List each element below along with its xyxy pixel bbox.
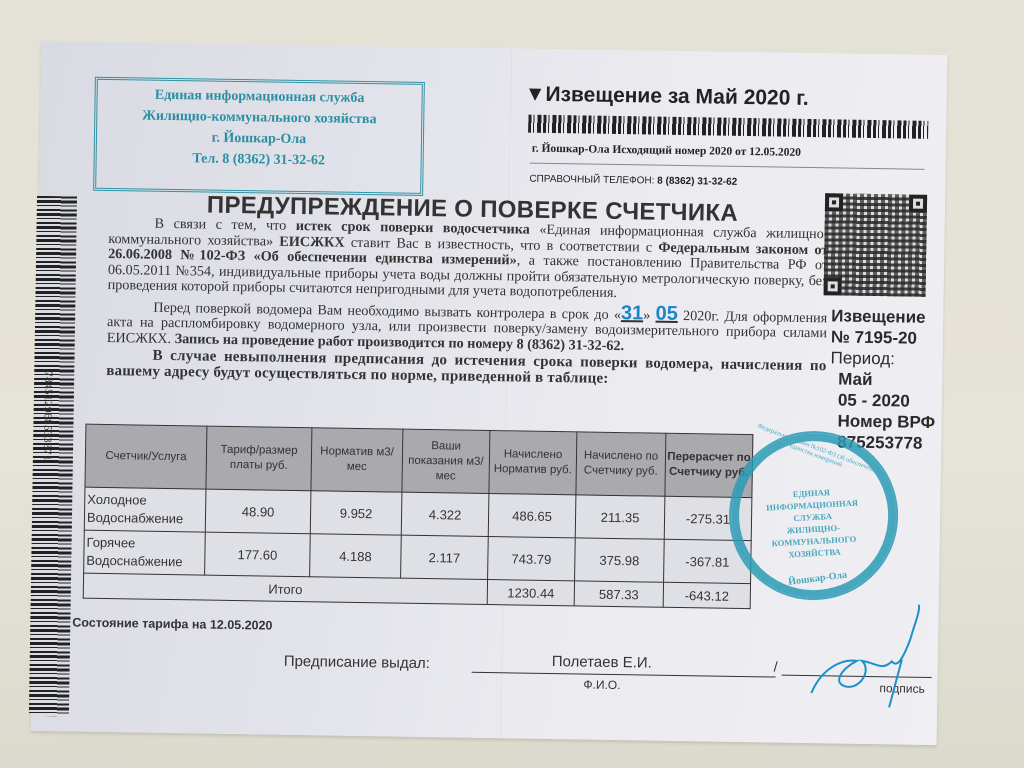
paper-fold — [501, 48, 514, 738]
outgoing-number: г. Йошкар-Ола Исходящий номер 2020 от 12… — [532, 143, 801, 159]
deadline-month: 05 — [655, 302, 678, 324]
handwritten-signature — [801, 598, 923, 710]
col-header: Начислено Норматив руб. — [489, 431, 577, 495]
organization-box: Единая информационная служба Жилищно-ком… — [93, 77, 425, 196]
col-header: Счетчик/Услуга — [85, 424, 207, 489]
deadline-day: 31 — [621, 302, 644, 324]
table-header-row: Счетчик/Услуга Тариф/размер платы руб. Н… — [85, 424, 753, 497]
period-label: Период: — [830, 347, 936, 370]
tariff-state: Состояние тарифа на 12.05.2020 — [72, 615, 272, 632]
fio-label: Ф.И.О. — [583, 678, 620, 693]
qr-finder — [825, 193, 843, 211]
issued-by-label: Предписание выдал: — [284, 653, 430, 672]
paragraph-1: В связи с тем, что истек срок поверки во… — [108, 216, 829, 305]
separator-slash: / — [774, 659, 778, 675]
notice-document: Единая информационная служба Жилищно-ком… — [31, 41, 948, 745]
barcode-number: 784512968533371 — [41, 371, 54, 461]
name-line — [472, 672, 776, 678]
stamp-city: Йошкар-Ола — [788, 570, 848, 588]
notice-title: ▼Извещение за Май 2020 г. — [525, 83, 809, 111]
col-header: Начислено по Счетчику руб. — [576, 432, 666, 496]
reference-phone: СПРАВОЧНЫЙ ТЕЛЕФОН: 8 (8362) 31-32-62 — [529, 174, 737, 188]
qr-code — [824, 193, 928, 297]
divider — [530, 163, 925, 170]
notice-info: Извещение № 7195-20 Период: Май 05 - 202… — [829, 305, 937, 454]
qr-finder — [909, 195, 927, 213]
col-header: Тариф/размер платы руб. — [206, 426, 312, 491]
issuer-name: Полетаев Е.И. — [552, 653, 652, 672]
vrf-label: Номер ВРФ — [829, 410, 935, 433]
col-header: Норматив м3/мес — [311, 428, 403, 492]
period-value: 05 - 2020 — [830, 389, 936, 412]
charges-table: Счетчик/Услуга Тариф/размер платы руб. Н… — [83, 424, 754, 609]
notice-label: Извещение — [831, 305, 937, 328]
notice-number: № 7195-20 — [831, 326, 937, 349]
stamp-center: ЕДИНАЯ ИНФОРМАЦИОННАЯ СЛУЖБА ЖИЛИЩНО-КОМ… — [761, 484, 865, 561]
official-stamp: Федеральный Закон №102-ФЗ Об обеспечении… — [728, 430, 900, 602]
period-month: Май — [830, 368, 936, 391]
col-header: Ваши показания м3/мес — [402, 429, 490, 493]
notice-body: В связи с тем, что истек срок поверки во… — [106, 216, 828, 390]
barcode-horizontal — [528, 115, 928, 139]
org-phone: Тел. 8 (8362) 31-32-62 — [96, 147, 420, 173]
triangle-down-icon: ▼ — [525, 83, 546, 106]
